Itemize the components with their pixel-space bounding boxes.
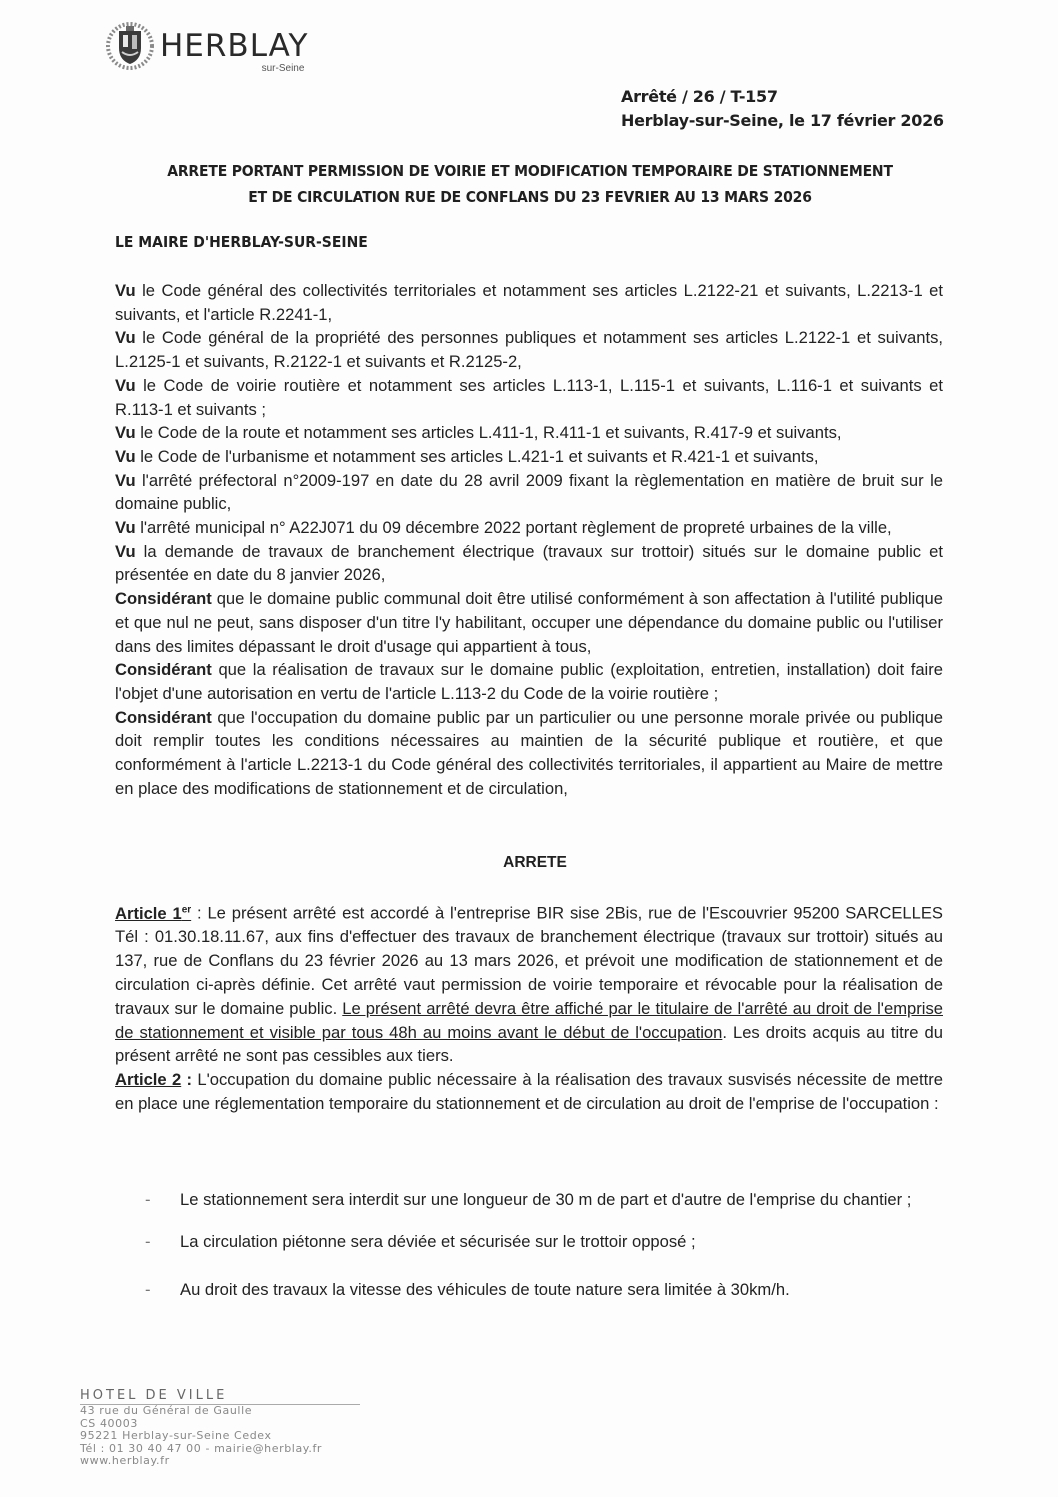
herblay-logo: HERBLAY sur-Seine: [106, 22, 308, 70]
recital: Vu le Code général de la propriété des p…: [115, 326, 943, 373]
article-2-label: Article 2: [115, 1070, 181, 1089]
recital: Vu le Code de voirie routière et notamme…: [115, 374, 943, 421]
recitals: Vu le Code général des collectivités ter…: [115, 279, 943, 800]
recital: Vu le Code de l'urbanisme et notamment s…: [115, 445, 943, 469]
measure-item: - Le stationnement sera interdit sur une…: [145, 1183, 945, 1217]
article-2: Article 2 : L'occupation du domaine publ…: [115, 1068, 943, 1116]
decision-heading: ARRETE: [0, 854, 1058, 872]
coat-of-arms-icon: [106, 22, 154, 70]
footer-city: 95221 Herblay-sur-Seine Cedex: [80, 1430, 370, 1443]
place-and-date: Herblay-sur-Seine, le 17 février 2026: [621, 109, 944, 133]
measure-item: - Au droit des travaux la vitesse des vé…: [145, 1273, 945, 1307]
recital: Vu le Code général des collectivités ter…: [115, 279, 943, 326]
document-page: HERBLAY sur-Seine Arrêté / 26 / T-157 He…: [0, 0, 1058, 1497]
dash-bullet-icon: -: [145, 1225, 151, 1259]
recital: Vu l'arrêté municipal n° A22J071 du 09 d…: [115, 516, 943, 540]
article-1: Article 1er : Le présent arrêté est acco…: [115, 898, 943, 1068]
dash-bullet-icon: -: [145, 1273, 151, 1307]
recital: Vu l'arrêté préfectoral n°2009-197 en da…: [115, 469, 943, 516]
recital: Vu la demande de travaux de branchement …: [115, 540, 943, 587]
logo-subtitle: sur-Seine: [262, 63, 305, 74]
document-title: ARRETE PORTANT PERMISSION DE VOIRIE ET M…: [145, 158, 914, 210]
reference-block: Arrêté / 26 / T-157 Herblay-sur-Seine, l…: [621, 85, 944, 133]
footer-address: HOTEL DE VILLE 43 rue du Général de Gaul…: [80, 1388, 370, 1468]
recital: Considérant que le domaine public commun…: [115, 587, 943, 658]
title-line-1: ARRETE PORTANT PERMISSION DE VOIRIE ET M…: [145, 158, 914, 184]
title-line-2: ET DE CIRCULATION RUE DE CONFLANS DU 23 …: [145, 184, 914, 210]
footer-website: www.herblay.fr: [80, 1455, 370, 1468]
footer-street: 43 rue du Général de Gaulle: [80, 1405, 370, 1418]
recital: Considérant que l'occupation du domaine …: [115, 706, 943, 801]
authority-heading: LE MAIRE D'HERBLAY-SUR-SEINE: [115, 233, 368, 251]
traffic-measures: - Le stationnement sera interdit sur une…: [145, 1183, 945, 1307]
logo-name: HERBLAY: [160, 30, 308, 62]
dash-bullet-icon: -: [145, 1183, 151, 1217]
measure-item: - La circulation piétonne sera déviée et…: [145, 1225, 945, 1259]
decree-reference: Arrêté / 26 / T-157: [621, 85, 944, 109]
article-1-label: Article 1er: [115, 904, 191, 923]
articles: Article 1er : Le présent arrêté est acco…: [115, 898, 943, 1116]
recital: Vu le Code de la route et notamment ses …: [115, 421, 943, 445]
footer-title: HOTEL DE VILLE: [80, 1388, 360, 1405]
recital: Considérant que la réalisation de travau…: [115, 658, 943, 705]
